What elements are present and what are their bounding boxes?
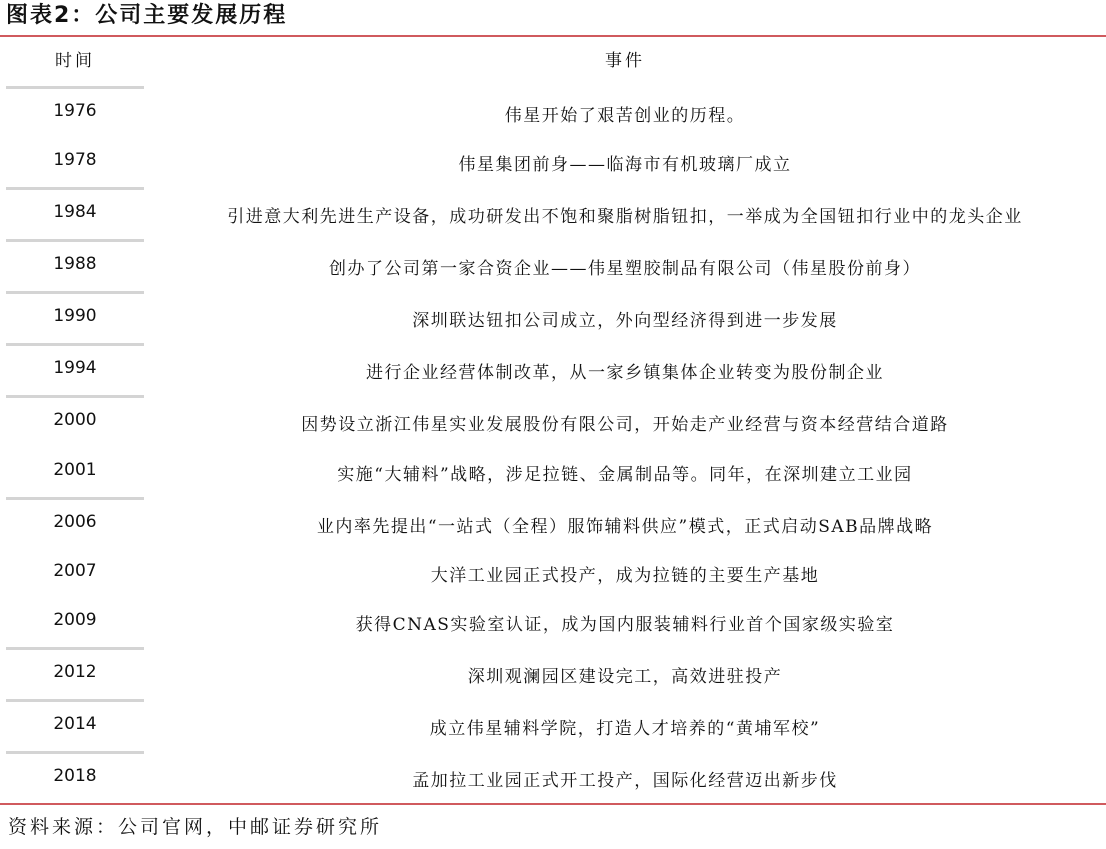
row-separator xyxy=(6,395,144,398)
source-note: 资料来源：公司官网，中邮证券研究所 xyxy=(8,812,382,839)
event-cell: 因势设立浙江伟星实业发展股份有限公司，开始走产业经营与资本经营结合道路 xyxy=(144,410,1106,435)
row-separator xyxy=(6,187,144,190)
header-event: 事件 xyxy=(144,36,1106,86)
row-separator xyxy=(6,343,144,346)
event-cell: 引进意大利先进生产设备，成功研发出不饱和聚脂树脂钮扣，一举成为全国钮扣行业中的龙… xyxy=(144,202,1106,227)
event-cell: 获得CNAS实验室认证，成为国内服装辅料行业首个国家级实验室 xyxy=(144,610,1106,635)
event-cell: 伟星集团前身——临海市有机玻璃厂成立 xyxy=(144,150,1106,175)
year-cell: 1984 xyxy=(6,202,144,222)
year-cell: 1976 xyxy=(6,101,144,121)
event-cell: 伟星开始了艰苦创业的历程。 xyxy=(144,101,1106,126)
header-year: 时间 xyxy=(6,36,144,86)
year-cell: 2018 xyxy=(6,766,144,786)
figure-title: 图表2：公司主要发展历程 xyxy=(6,1,287,31)
event-cell: 深圳观澜园区建设完工，高效进驻投产 xyxy=(144,662,1106,687)
event-cell: 大洋工业园正式投产，成为拉链的主要生产基地 xyxy=(144,561,1106,586)
year-cell: 1990 xyxy=(6,306,144,326)
row-separator xyxy=(6,291,144,294)
row-separator xyxy=(6,497,144,500)
year-cell: 2001 xyxy=(6,460,144,480)
year-cell: 1988 xyxy=(6,254,144,274)
year-cell: 2014 xyxy=(6,714,144,734)
bottom-divider xyxy=(0,803,1106,805)
event-cell: 成立伟星辅料学院，打造人才培养的“黄埔军校” xyxy=(144,714,1106,739)
year-cell: 2012 xyxy=(6,662,144,682)
event-cell: 创办了公司第一家合资企业——伟星塑胶制品有限公司（伟星股份前身） xyxy=(144,254,1106,279)
row-separator xyxy=(6,699,144,702)
event-cell: 实施“大辅料”战略，涉足拉链、金属制品等。同年，在深圳建立工业园 xyxy=(144,460,1106,485)
year-cell: 1978 xyxy=(6,150,144,170)
year-cell: 2006 xyxy=(6,512,144,532)
table-header: 时间 事件 xyxy=(0,36,1106,86)
row-separator xyxy=(6,751,144,754)
year-cell: 2000 xyxy=(6,410,144,430)
event-cell: 孟加拉工业园正式开工投产，国际化经营迈出新步伐 xyxy=(144,766,1106,791)
year-cell: 2007 xyxy=(6,561,144,581)
row-separator xyxy=(6,239,144,242)
year-cell: 2009 xyxy=(6,610,144,630)
year-cell: 1994 xyxy=(6,358,144,378)
event-cell: 业内率先提出“一站式（全程）服饰辅料供应”模式，正式启动SAB品牌战略 xyxy=(144,512,1106,537)
row-separator xyxy=(6,86,144,89)
row-separator xyxy=(6,647,144,650)
event-cell: 进行企业经营体制改革，从一家乡镇集体企业转变为股份制企业 xyxy=(144,358,1106,383)
event-cell: 深圳联达钮扣公司成立，外向型经济得到进一步发展 xyxy=(144,306,1106,331)
